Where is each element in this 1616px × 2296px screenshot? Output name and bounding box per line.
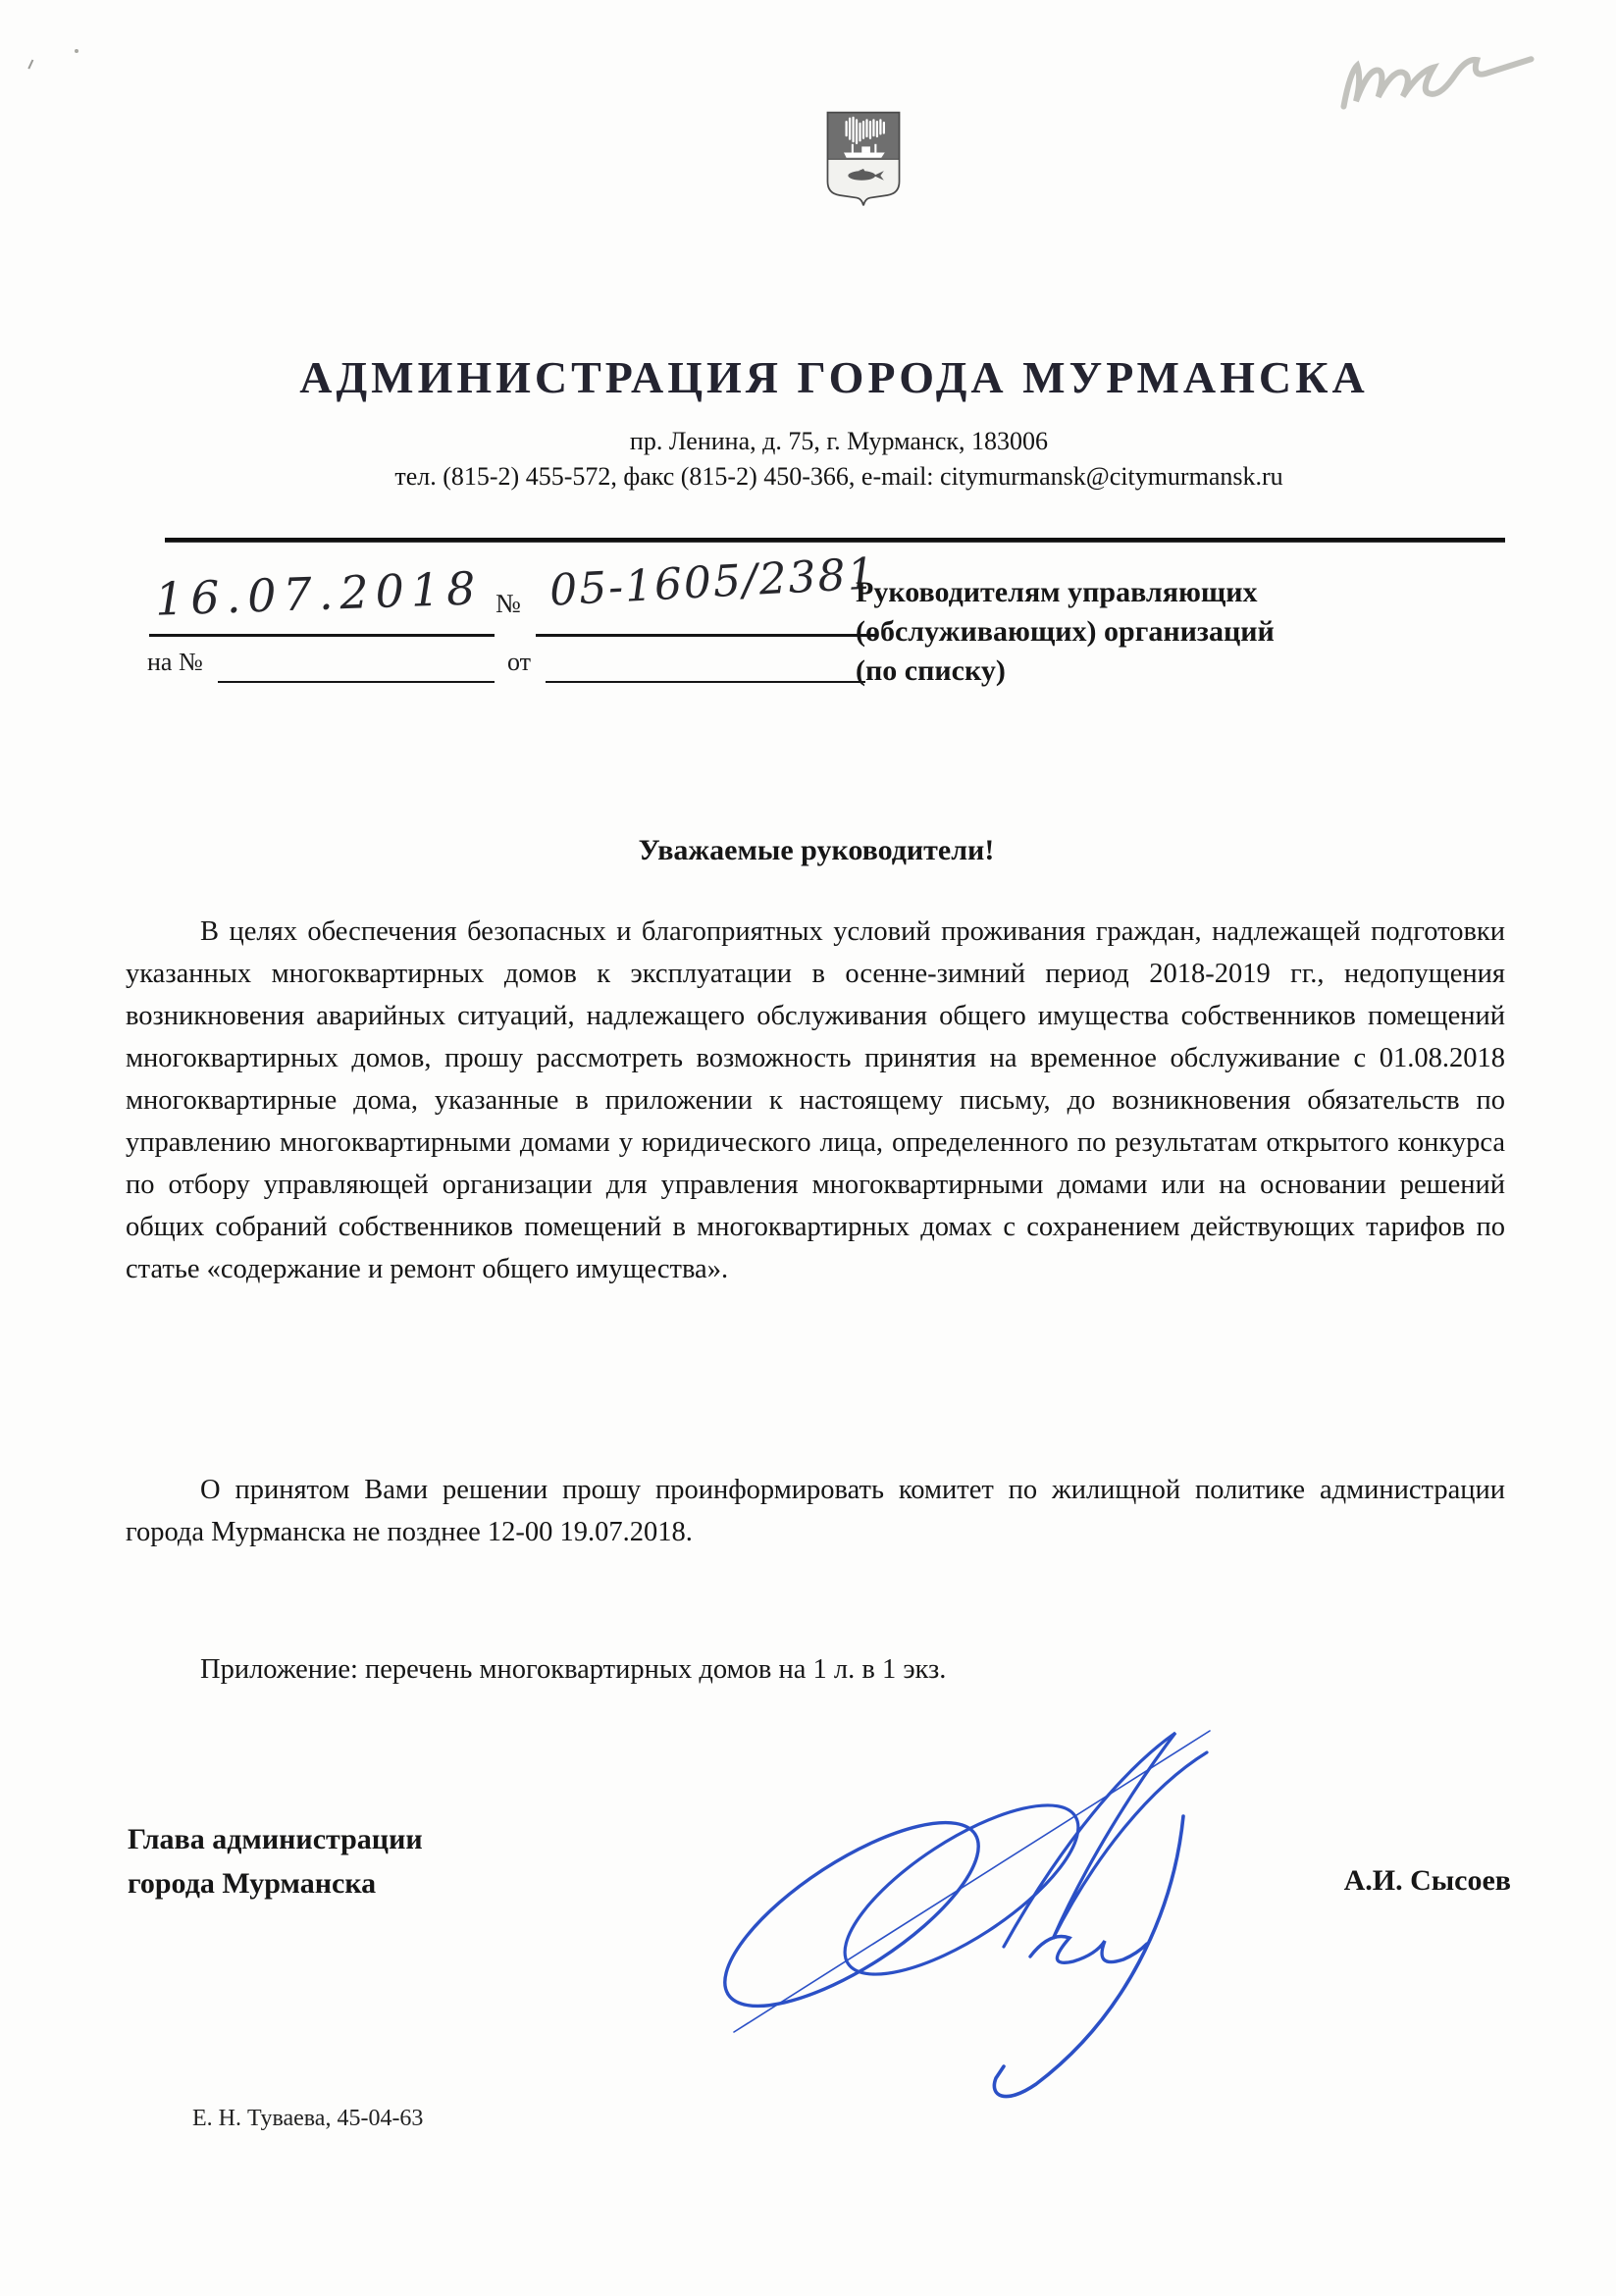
reply-from-date-label: от xyxy=(507,648,531,677)
executor-contact: Е. Н. Туваева, 45-04-63 xyxy=(192,2106,423,2132)
recipient-block: Руководителям управляющих (обслуживающих… xyxy=(856,573,1464,691)
recipient-line: (по списку) xyxy=(856,652,1464,691)
scan-speck xyxy=(27,60,39,73)
scan-speck xyxy=(75,49,78,53)
organization-name: АДМИНИСТРАЦИЯ ГОРОДА МУРМАНСКА xyxy=(98,351,1570,403)
recipient-line: Руководителям управляющих xyxy=(856,573,1464,612)
signer-name: А.И. Сысоев xyxy=(1119,1864,1511,1898)
contacts-line: тел. (815-2) 455-572, факс (815-2) 450-3… xyxy=(128,459,1550,495)
signer-position-line: Глава администрации xyxy=(128,1817,638,1861)
body-paragraph-1: В целях обеспечения безопасных и благопр… xyxy=(126,911,1505,1290)
reply-number-blank-line xyxy=(218,681,495,683)
pencil-scribble-note xyxy=(1323,22,1558,116)
recipient-line: (обслуживающих) организаций xyxy=(856,612,1464,652)
body-paragraph-2: О принятом Вами решении прошу проинформи… xyxy=(126,1469,1505,1553)
scanned-letter-page: АДМИНИСТРАЦИЯ ГОРОДА МУРМАНСКА пр. Ленин… xyxy=(0,0,1616,2296)
signer-position-line: города Мурманска xyxy=(128,1861,638,1905)
handwritten-signature xyxy=(704,1694,1225,2115)
number-underline xyxy=(536,634,877,637)
signer-position: Глава администрации города Мурманска xyxy=(128,1817,638,1905)
date-underline xyxy=(149,634,495,637)
reply-date-blank-line xyxy=(546,681,865,683)
organization-contacts: пр. Ленина, д. 75, г. Мурманск, 183006 т… xyxy=(128,424,1550,495)
address-line: пр. Ленина, д. 75, г. Мурманск, 183006 xyxy=(128,424,1550,459)
attachment-line: Приложение: перечень многоквартирных дом… xyxy=(126,1654,1505,1686)
salutation: Уважаемые руководители! xyxy=(128,834,1505,867)
handwritten-date: 16.07.2018 xyxy=(154,561,483,626)
number-sign-label: № xyxy=(495,589,521,619)
handwritten-outgoing-number: 05-1605/2381 xyxy=(548,548,878,615)
paragraph-text: О принятом Вами решении прошу проинформи… xyxy=(126,1469,1505,1553)
letterhead-divider xyxy=(165,538,1505,543)
reply-to-number-label: на № xyxy=(147,648,203,677)
murmansk-coat-of-arms-icon xyxy=(820,110,907,208)
paragraph-text: В целях обеспечения безопасных и благопр… xyxy=(126,911,1505,1290)
